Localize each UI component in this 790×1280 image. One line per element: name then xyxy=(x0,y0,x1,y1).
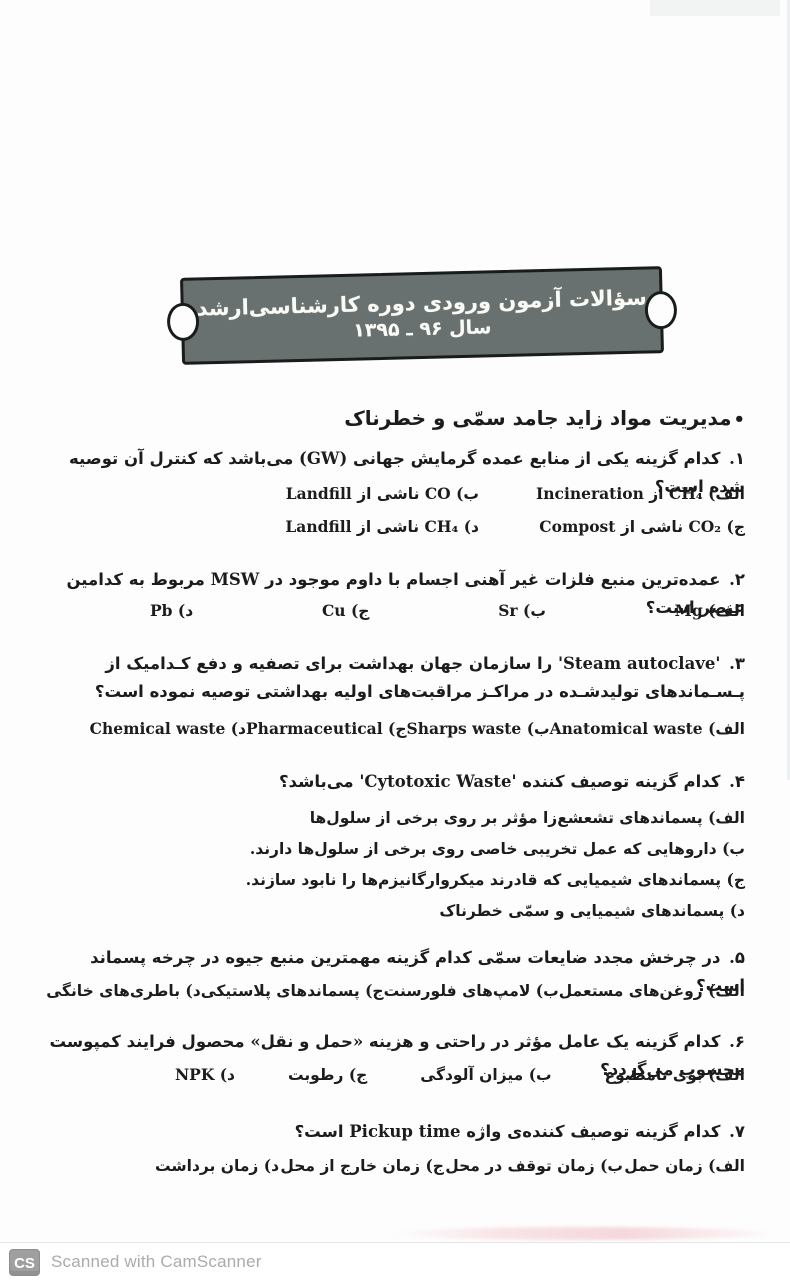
option-b: ب) Sharps waste xyxy=(407,717,550,741)
banner-year: سال ۹۶ ـ ۱۳۹۵ xyxy=(353,316,492,341)
option-d: د) CH₄ ناشی از Landfill xyxy=(45,515,479,539)
scan-page-edge xyxy=(0,1242,790,1243)
option-a: الف) CH₄ از Incineration xyxy=(479,482,745,506)
option-d: د) NPK xyxy=(175,1063,235,1087)
options-row: الف) زمان حمل ب) زمان توقف در محل ج) زما… xyxy=(45,1154,745,1178)
camscanner-watermark-text: Scanned with CamScanner xyxy=(51,1252,262,1272)
option-a: الف) پسماندهای تشعشع‌زا مؤثر بر روی برخی… xyxy=(45,806,745,830)
option-c: ج) Cu xyxy=(322,599,370,623)
exam-banner-plaque: سؤالات آزمون ورودی دوره کارشناسی‌ارشد سا… xyxy=(180,266,664,365)
option-b: ب) Sr xyxy=(498,599,546,623)
question-text: ۳. 'Steam autoclave' را سازمان جهان بهدا… xyxy=(45,650,745,706)
option-b: ب) داروهایی که عمل تخریبی خاصی روی برخی … xyxy=(45,837,745,861)
banner-title: سؤالات آزمون ورودی دوره کارشناسی‌ارشد xyxy=(196,286,647,321)
option-a: الف) بوی نامطبوع xyxy=(605,1063,745,1087)
option-c: ج) CO₂ ناشی از Compost xyxy=(479,515,745,539)
option-a: الف) روغن‌های مستعمل xyxy=(559,979,745,1003)
option-d: د) پسماندهای شیمیایی و سمّی خطرناک xyxy=(45,899,745,923)
option-b: ب) زمان توقف در محل xyxy=(445,1154,623,1178)
section-title: •مدیریت مواد زاید جامد سمّی و خطرناک xyxy=(45,404,745,432)
question-number: ۵. xyxy=(729,948,745,967)
section-title-text: مدیریت مواد زاید جامد سمّی و خطرناک xyxy=(344,406,731,430)
question-text: ۴. کدام گزینه توصیف کننده 'Cytotoxic Was… xyxy=(45,768,745,796)
camscanner-watermark: CS Scanned with CamScanner xyxy=(0,1244,790,1280)
option-d: د) Pb xyxy=(150,599,193,623)
options-row: الف) Mg ب) Sr ج) Cu د) Pb xyxy=(45,599,745,623)
options-row: الف) بوی نامطبوع ب) میزان آلودگی ج) رطوب… xyxy=(45,1063,745,1087)
question-body: کدام گزینه توصیف کننده‌ی واژه Pickup tim… xyxy=(295,1122,721,1141)
option-a: الف) Mg xyxy=(675,599,745,623)
options-row: الف) Anatomical waste ب) Sharps waste ج)… xyxy=(45,717,745,741)
question-body: کدام گزینه توصیف کننده 'Cytotoxic Waste'… xyxy=(279,772,720,791)
option-c: ج) رطوبت xyxy=(288,1063,367,1087)
option-d: د) زمان برداشت xyxy=(155,1154,279,1178)
option-c: ج) پسماندهای شیمیایی که قادرند میکروارگا… xyxy=(45,868,745,892)
question-number: ۴. xyxy=(729,772,745,791)
option-d: د) Chemical waste xyxy=(90,717,246,741)
option-b: ب) CO ناشی از Landfill xyxy=(45,482,479,506)
option-c: ج) زمان خارج از محل xyxy=(280,1154,444,1178)
scan-corner-shade xyxy=(650,0,780,16)
options-stack: الف) پسماندهای تشعشع‌زا مؤثر بر روی برخی… xyxy=(45,806,745,923)
option-d: د) باطری‌های خانگی xyxy=(46,979,200,1003)
option-c: ج) Pharmaceutical xyxy=(246,717,407,741)
question-number: ۳. xyxy=(729,654,745,673)
question-number: ۶. xyxy=(729,1032,745,1051)
question-number: ۷. xyxy=(729,1122,745,1141)
option-a: الف) Anatomical waste xyxy=(550,717,745,741)
options-grid: الف) CH₄ از Incineration ب) CO ناشی از L… xyxy=(45,482,745,539)
option-b: ب) میزان آلودگی xyxy=(420,1063,551,1087)
question-text: ۷. کدام گزینه توصیف کننده‌ی واژه Pickup … xyxy=(45,1118,745,1146)
option-a: الف) زمان حمل xyxy=(624,1154,745,1178)
option-b: ب) لامپ‌های فلورسنت xyxy=(384,979,559,1003)
scan-pink-smudge xyxy=(390,1227,770,1240)
camscanner-badge-icon: CS xyxy=(9,1249,40,1276)
question-body: 'Steam autoclave' را سازمان جهان بهداشت … xyxy=(95,654,745,701)
options-row: الف) روغن‌های مستعمل ب) لامپ‌های فلورسنت… xyxy=(45,979,745,1003)
option-c: ج) پسماندهای پلاستیکی xyxy=(201,979,384,1003)
bullet-icon: • xyxy=(733,409,745,430)
question-number: ۲. xyxy=(729,570,745,589)
question-number: ۱. xyxy=(729,449,745,468)
scanned-exam-page: سؤالات آزمون ورودی دوره کارشناسی‌ارشد سا… xyxy=(0,0,790,1280)
